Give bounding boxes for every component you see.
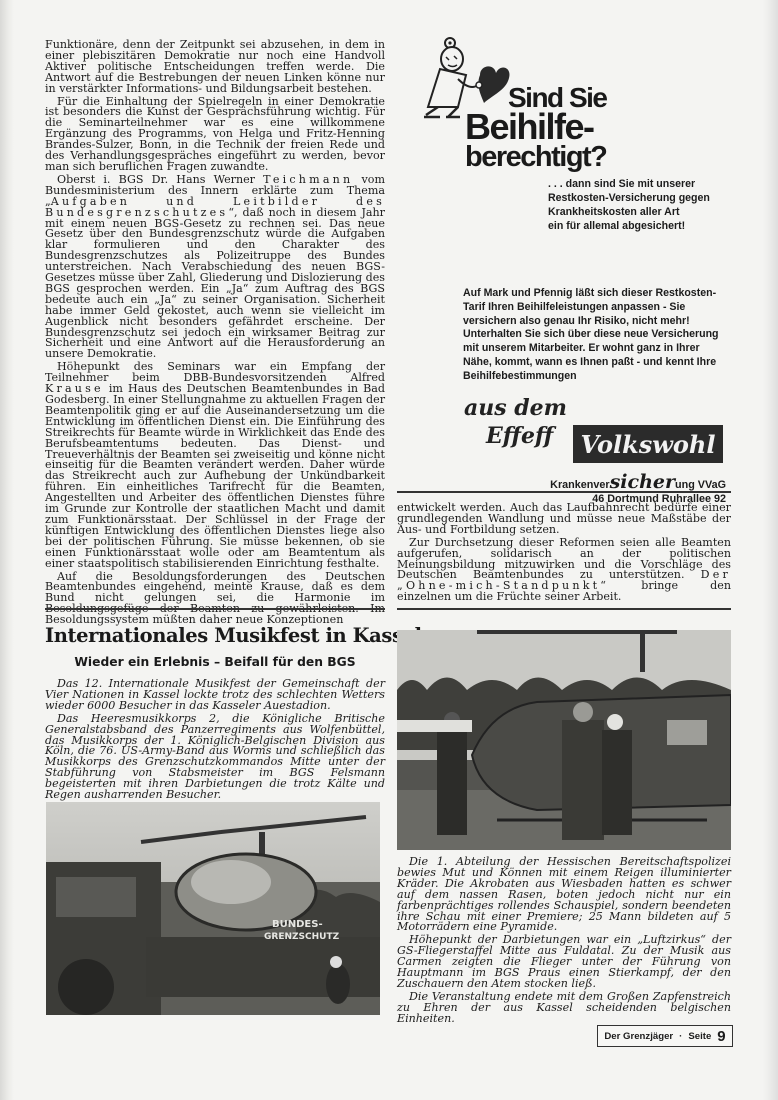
right-column-continuation: entwickelt werden. Auch das Laufbahnrech… <box>397 503 731 605</box>
section-divider-rule <box>397 608 731 610</box>
ad-headline: Sind Sie Beihilfe- berechtigt? <box>465 85 606 171</box>
paragraph: entwickelt werden. Auch das Laufbahnrech… <box>397 503 731 536</box>
officers-photo-graphic <box>397 630 731 850</box>
insurance-advertisement: Sind Sie Beihilfe- berechtigt? . . . dan… <box>418 25 738 487</box>
paragraph: Höhepunkt des Seminars war ein Empfang d… <box>45 362 385 569</box>
paragraph: Die Veranstaltung endete mit dem Großen … <box>397 992 731 1025</box>
paragraph: Funktionäre, denn der Zeitpunkt sei abzu… <box>45 40 385 95</box>
helicopter-photo-graphic: BUNDES- GRENZSCHUTZ <box>46 802 380 1015</box>
svg-text:BUNDES-: BUNDES- <box>272 919 323 930</box>
paragraph: Die 1. Abteilung der Hessischen Bereitsc… <box>397 857 731 933</box>
page-right-edge <box>762 0 778 1100</box>
paragraph: Oberst i. BGS Dr. Hans Werner Teichmann … <box>45 175 385 360</box>
photo-helicopter-on-truck: BUNDES- GRENZSCHUTZ <box>46 802 380 1015</box>
paragraph: Das 12. Internationale Musikfest der Gem… <box>45 679 385 712</box>
paragraph: Für die Einhaltung der Spielregeln in ei… <box>45 97 385 173</box>
ad-body-text: Auf Mark und Pfennig läßt sich dieser Re… <box>463 287 723 384</box>
divider-rule <box>397 491 731 493</box>
page-number: 9 <box>717 1028 725 1045</box>
svg-text:GRENZSCHUTZ: GRENZSCHUTZ <box>264 932 340 942</box>
photo-officers-helicopter <box>397 630 731 850</box>
paragraph: Auf die Besoldungsforderungen des Deutsc… <box>45 572 385 627</box>
publication-name: Der Grenzjäger <box>604 1031 673 1042</box>
section-divider-rule <box>45 608 385 610</box>
page-binding-edge <box>0 0 14 1100</box>
page-footer: Der Grenzjäger · Seite 9 <box>597 1025 733 1047</box>
photo-caption-text: Die 1. Abteilung der Hessischen Bereitsc… <box>397 857 731 1027</box>
separator-dot: · <box>679 1031 682 1042</box>
article-subtitle: Wieder ein Erlebnis – Beifall für den BG… <box>45 655 385 669</box>
ad-script-line: Effeff <box>486 423 553 449</box>
ad-script-line: aus dem <box>464 395 567 421</box>
article-intro: Das 12. Internationale Musikfest der Gem… <box>45 679 385 803</box>
paragraph: Das Heeresmusikkorps 2, die Königliche B… <box>45 714 385 801</box>
page-label: Seite <box>688 1031 711 1042</box>
article-title: Internationales Musikfest in Kassel <box>45 624 385 647</box>
paragraph: Zur Durchsetzung dieser Reformen seien a… <box>397 538 731 603</box>
paragraph: Höhepunkt der Darbietungen war ein „Luft… <box>397 935 731 990</box>
ad-lead-text: . . . dann sind Sie mit unserer Restkost… <box>548 177 748 233</box>
left-column-article: Funktionäre, denn der Zeitpunkt sei abzu… <box>45 40 385 628</box>
volkswohl-logo: Volkswohl <box>573 425 723 463</box>
